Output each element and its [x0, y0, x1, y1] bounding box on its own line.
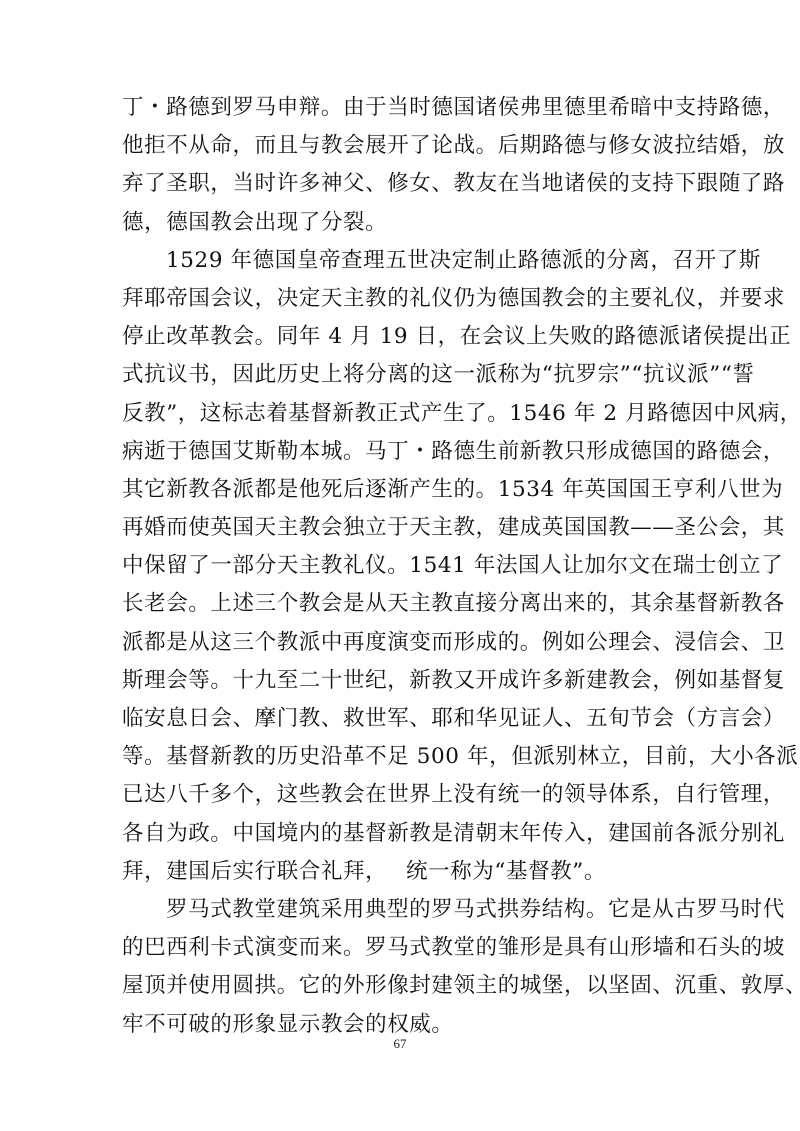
- text-line: 丁・路德到罗马申辩。由于当时德国诸侯弗里德里希暗中支持路德，: [122, 93, 682, 131]
- document-page: 丁・路德到罗马申辩。由于当时德国诸侯弗里德里希暗中支持路德， 他拒不从命，而且与…: [0, 0, 800, 1131]
- text-line: 等。基督新教的历史沿革不足 500 年，但派别林立，目前，大小各派: [122, 742, 682, 780]
- page-number: 67: [0, 1036, 800, 1052]
- text-line: 再婚而使英国天主教会独立于天主教，建成英国国教——圣公会，其: [122, 513, 682, 551]
- text-line: 其它新教各派都是他死后逐渐产生的。1534 年英国国王亨利八世为: [122, 475, 682, 513]
- text-line: 长老会。上述三个教会是从天主教直接分离出来的，其余基督新教各: [122, 589, 682, 627]
- text-line: 他拒不从命，而且与教会展开了论战。后期路德与修女波拉结婚，放: [122, 131, 682, 169]
- text-line: 的巴西利卡式演变而来。罗马式教堂的雏形是具有山形墙和石头的坡: [122, 933, 682, 971]
- text-line: 屋顶并使用圆拱。它的外形像封建领主的城堡，以坚固、沉重、敦厚、: [122, 971, 682, 1009]
- text-line: 德，德国教会出现了分裂。: [122, 208, 682, 246]
- text-line: 拜，建国后实行联合礼拜， 统一称为“基督教”。: [122, 857, 682, 895]
- text-line: 已达八千多个，这些教会在世界上没有统一的领导体系，自行管理，: [122, 780, 682, 818]
- text-line: 式抗议书，因此历史上将分离的这一派称为“抗罗宗”“抗议派”“誓: [122, 360, 682, 398]
- text-line: 反教”，这标志着基督新教正式产生了。1546 年 2 月路德因中风病，: [122, 399, 682, 437]
- text-line: 中保留了一部分天主教礼仪。1541 年法国人让加尔文在瑞士创立了: [122, 551, 682, 589]
- paragraph-start-line: 罗马式教堂建筑采用典型的罗马式拱券结构。它是从古罗马时代: [122, 895, 682, 933]
- text-line: 各自为政。中国境内的基督新教是清朝末年传入，建国前各派分别礼: [122, 819, 682, 857]
- paragraph-start-line: 1529 年德国皇帝查理五世决定制止路德派的分离，召开了斯: [122, 246, 682, 284]
- text-line: 拜耶帝国会议，决定天主教的礼仪仍为德国教会的主要礼仪，并要求: [122, 284, 682, 322]
- text-line: 临安息日会、摩门教、救世军、耶和华见证人、五旬节会（方言会）: [122, 704, 682, 742]
- text-line: 病逝于德国艾斯勒本城。马丁・路德生前新教只形成德国的路德会，: [122, 437, 682, 475]
- text-line: 停止改革教会。同年 4 月 19 日，在会议上失败的路德派诸侯提出正: [122, 322, 682, 360]
- text-line: 派都是从这三个教派中再度演变而形成的。例如公理会、浸信会、卫: [122, 628, 682, 666]
- text-line: 斯理会等。十九至二十世纪，新教又开成许多新建教会，例如基督复: [122, 666, 682, 704]
- body-text: 丁・路德到罗马申辩。由于当时德国诸侯弗里德里希暗中支持路德， 他拒不从命，而且与…: [122, 93, 682, 1048]
- text-line: 弃了圣职，当时许多神父、修女、教友在当地诸侯的支持下跟随了路: [122, 169, 682, 207]
